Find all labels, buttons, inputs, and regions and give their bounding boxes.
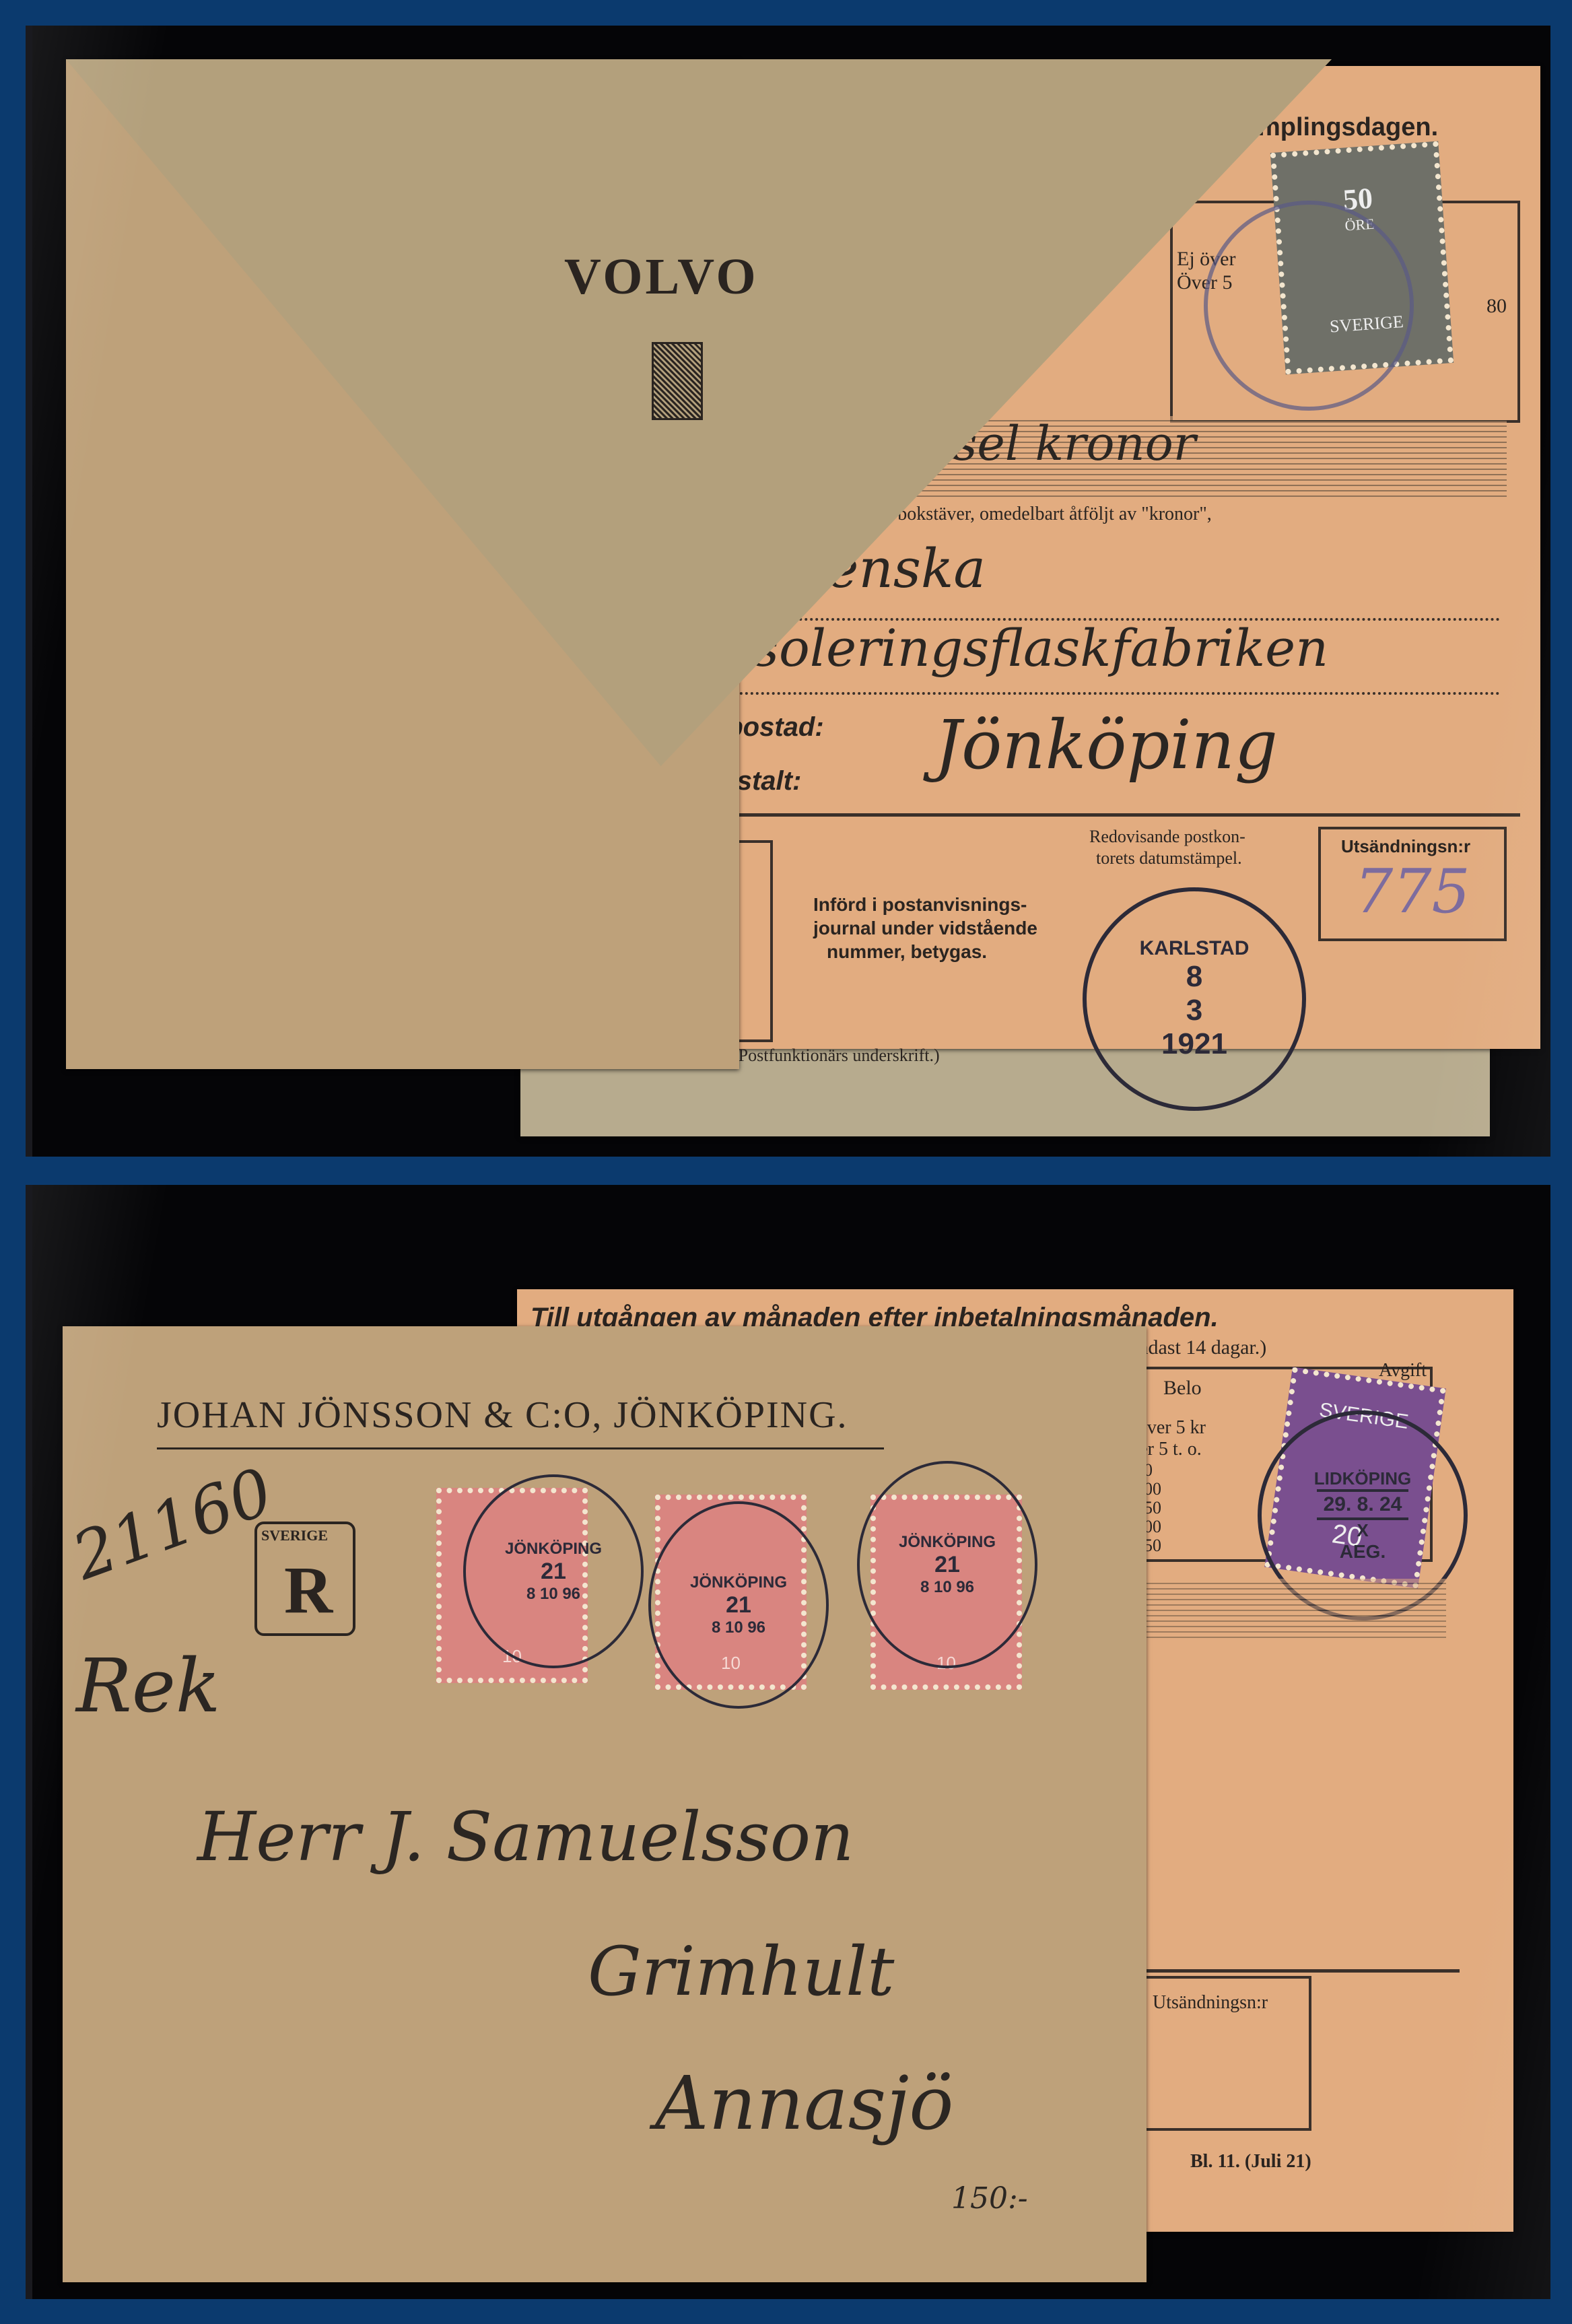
registration-label: SVERIGE R bbox=[254, 1522, 355, 1636]
form-number: Bl. 11. (Juli 21) bbox=[1190, 2151, 1311, 2173]
jonkoping-postmark: JÖNKÖPING 21 8 10 96 bbox=[857, 1461, 1037, 1668]
letterhead-rule bbox=[157, 1447, 884, 1449]
datestamp-label: Redovisande postkon- bbox=[1089, 827, 1245, 847]
address-line2: Grimhult bbox=[588, 1932, 894, 2011]
album-page-top: mplingsdagen. Ej över Över 5 80 50 ÖRE S… bbox=[26, 26, 1550, 1157]
karlstad-datestamp: KARLSTAD 8 3 1921 bbox=[1083, 887, 1306, 1111]
journal-text: nummer, betygas. bbox=[827, 941, 987, 963]
rek-note: Rek bbox=[76, 1643, 221, 1729]
address-line3: Annasjö bbox=[655, 2060, 954, 2146]
registration-number: 21160 bbox=[63, 1454, 282, 1595]
post-office-handwritten: Jönköping bbox=[934, 706, 1278, 784]
address-line1: Herr J. Samuelsson bbox=[197, 1798, 854, 1876]
album-page-bottom: Till utgången av månaden efter inbetalni… bbox=[26, 1185, 1550, 2299]
letterhead: JOHAN JÖNSSON & C:O, JÖNKÖPING. bbox=[157, 1394, 848, 1437]
utsandning-box: Utsändningsn:r 775 bbox=[1318, 827, 1507, 941]
jonkoping-postmark: JÖNKÖPING 21 8 10 96 bbox=[463, 1474, 644, 1668]
recipient-line2: Isoleringsflaskfabriken bbox=[732, 618, 1328, 678]
datestamp-label: torets datumstämpel. bbox=[1096, 848, 1242, 868]
registered-envelope: JOHAN JÖNSSON & C:O, JÖNKÖPING. 21160 SV… bbox=[63, 1326, 1147, 2282]
jonkoping-postmark: JÖNKÖPING 21 8 10 96 bbox=[648, 1501, 829, 1709]
price-note: 150:- bbox=[951, 2181, 1028, 2216]
fee-header: Belo bbox=[1163, 1377, 1202, 1400]
volvo-logo-icon bbox=[652, 342, 703, 420]
volvo-brand: VOLVO bbox=[564, 248, 759, 306]
card-header: mplingsdagen. bbox=[1258, 113, 1438, 142]
fee-header: Avgift bbox=[1379, 1360, 1427, 1381]
fee-value: 80 bbox=[1486, 295, 1507, 318]
journal-text: journal under vidstående bbox=[813, 918, 1037, 939]
journal-text: Införd i postanvisnings- bbox=[813, 894, 1027, 916]
signature-label: (Postfunktionärs underskrift.) bbox=[732, 1046, 940, 1066]
postmark-top-stamp bbox=[1204, 201, 1414, 411]
